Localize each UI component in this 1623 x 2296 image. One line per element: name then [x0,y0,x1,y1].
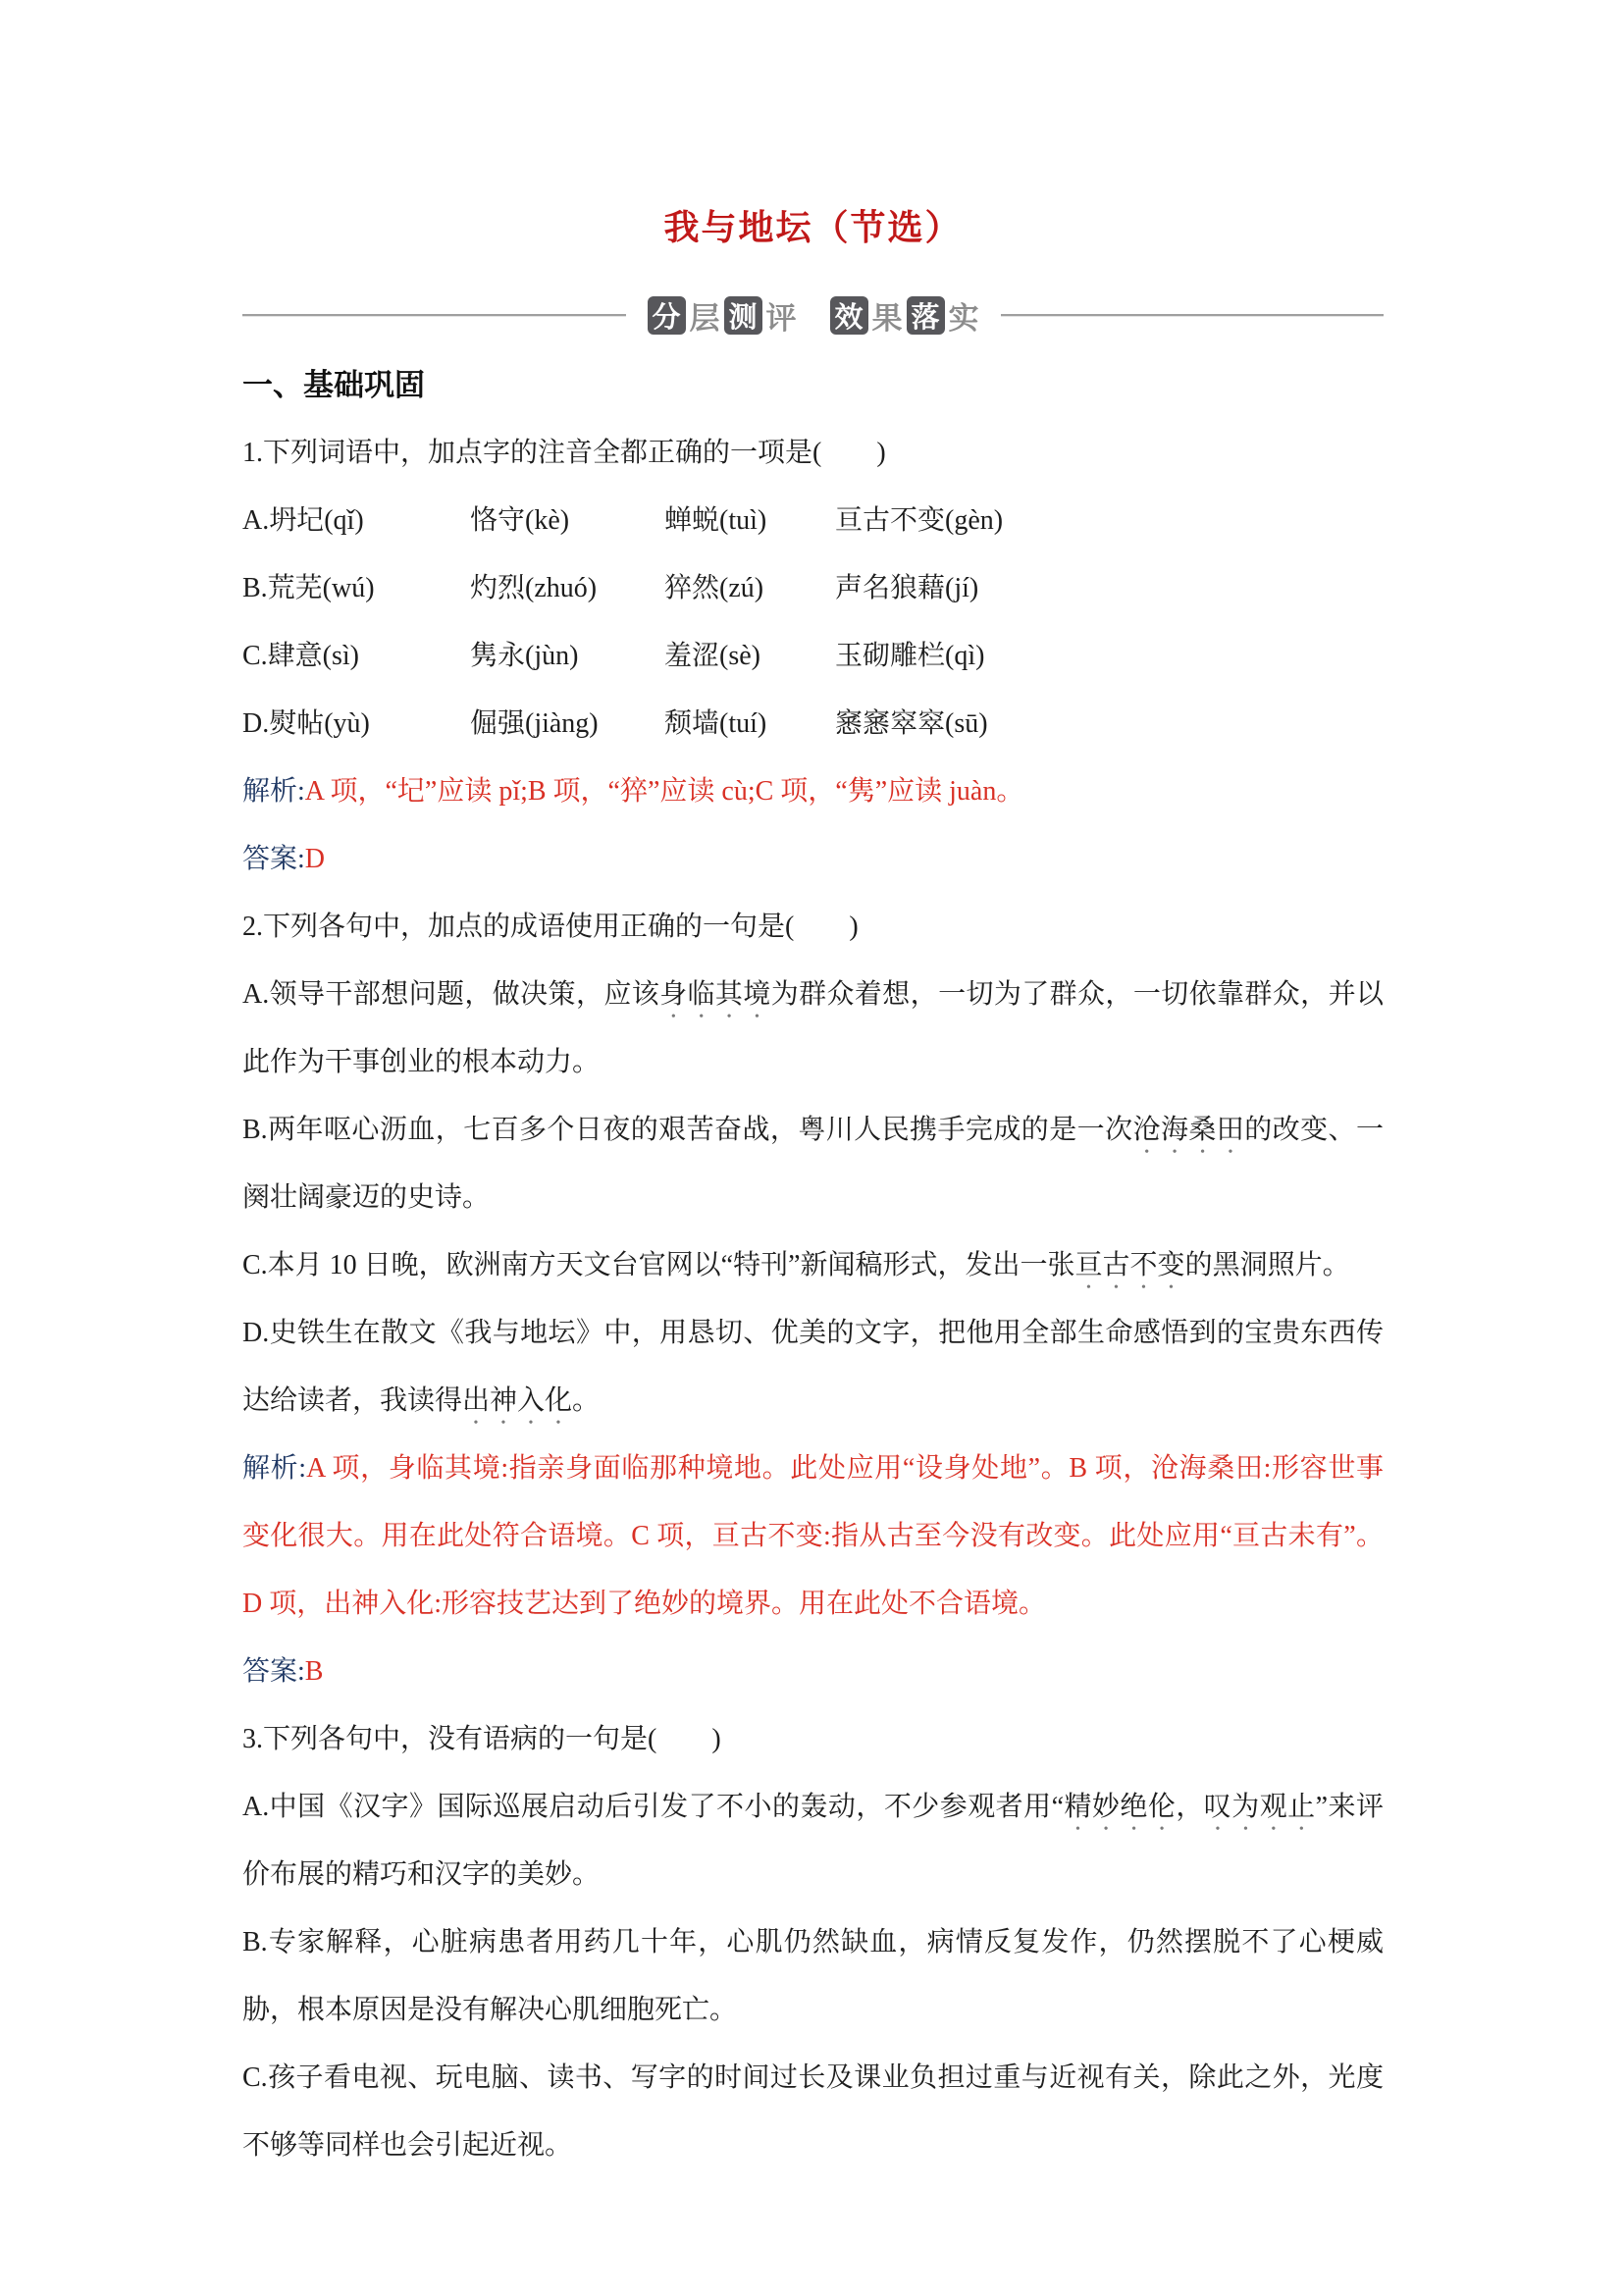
option-text: 。 [572,1385,600,1416]
option-item: C.孩子看电视、玩电脑、读书、写字的时间过长及课业负担过重与近视有关，除此之外，… [242,2044,1384,2179]
option-text: C.孩子看电视、玩电脑、读书、写字的时间过长及课业负担过重与近视有关，除此之外，… [242,2062,1384,2161]
option-text: A.中国《汉字》国际巡展启动后引发了不小的轰动，不少参观者用“ [242,1792,1064,1822]
option-item: B.专家解释，心脏病患者用药几十年，心肌仍然缺血，病情反复发作，仍然摆脱不了心梗… [242,1908,1384,2044]
doc-title: 我与地坛（节选） [242,206,1384,249]
band-char: 实 [949,293,979,338]
band-char: 落 [907,296,945,335]
pinyin-option-cell: 窸窸窣窣(sū) [835,690,1384,757]
answer-line: 答案:D [242,825,1384,893]
answer-value: B [305,1656,324,1687]
answer-label: 答案: [242,844,305,874]
pinyin-option-cell: B.荒芜(wú) [242,554,470,622]
section-heading: 一、基础巩固 [242,351,1384,419]
option-text: A.领导干部想问题，做决策，应该 [242,979,659,1010]
pinyin-option-cell: 猝然(zú) [664,554,835,622]
emphasized-idiom: 精妙绝伦，叹为观止 [1064,1792,1316,1822]
pinyin-option-row: A.坍圮(qǐ) 恪守(kè) 蝉蜕(tuì) 亘古不变(gèn) [242,487,1384,554]
analysis-label: 解析: [242,1453,306,1484]
pinyin-option-row: C.肆意(sì) 隽永(jùn) 羞涩(sè) 玉砌雕栏(qì) [242,622,1384,690]
option-item: A.领导干部想问题，做决策，应该身临其境为群众着想，一切为了群众，一切依靠群众，… [242,961,1384,1096]
option-text: D.史铁生在散文《我与地坛》中，用恳切、优美的文字，把他用全部生命感悟到的宝贵东… [242,1318,1384,1416]
pinyin-option-cell: 隽永(jùn) [470,622,664,690]
pinyin-option-cell: A.坍圮(qǐ) [242,487,470,554]
band-char: 果 [872,293,903,338]
pinyin-option-cell: C.肆意(sì) [242,622,470,690]
analysis-text: A 项，身临其境:指亲身面临那种境地。此处应用“设身处地”。B 项，沧海桑田:形… [242,1453,1384,1619]
pinyin-option-cell: 亘古不变(gèn) [835,487,1384,554]
band-char: 层 [690,293,720,338]
analysis-line: 解析:A 项，身临其境:指亲身面临那种境地。此处应用“设身处地”。B 项，沧海桑… [242,1435,1384,1638]
option-item: D.史铁生在散文《我与地坛》中，用恳切、优美的文字，把他用全部生命感悟到的宝贵东… [242,1299,1384,1435]
pinyin-option-row: D.熨帖(yù) 倔强(jiàng) 颓墙(tuí) 窸窸窣窣(sū) [242,690,1384,757]
pinyin-option-cell: 倔强(jiàng) [470,690,664,757]
answer-line: 答案:B [242,1638,1384,1705]
band-char: 效 [830,296,868,335]
analysis-line: 解析:A 项，“圮”应读 pǐ;B 项，“猝”应读 cù;C 项，“隽”应读 j… [242,757,1384,825]
analysis-text: A 项，“圮”应读 pǐ;B 项，“猝”应读 cù;C 项，“隽”应读 juàn… [305,776,1024,807]
question-stem: 1.下列词语中，加点字的注音全都正确的一项是( ) [242,419,1384,487]
option-text: 的黑洞照片。 [1185,1250,1350,1280]
pinyin-option-cell: 恪守(kè) [470,487,664,554]
option-item: A.中国《汉字》国际巡展启动后引发了不小的轰动，不少参观者用“精妙绝伦，叹为观止… [242,1773,1384,1908]
emphasized-idiom: 沧海桑田 [1133,1115,1245,1145]
pinyin-option-cell: 颓墙(tuí) [664,690,835,757]
band-rule-left [242,314,626,317]
pinyin-option-cell: 灼烈(zhuó) [470,554,664,622]
question-stem: 3.下列各句中，没有语病的一句是( ) [242,1705,1384,1773]
band-char: 分 [648,296,686,335]
assessment-band: 分 层 测 评 效 果 落 实 [242,294,1384,336]
option-item: B.两年呕心沥血，七百多个日夜的艰苦奋战，粤川人民携手完成的是一次沧海桑田的改变… [242,1096,1384,1231]
pinyin-option-row: B.荒芜(wú) 灼烈(zhuó) 猝然(zú) 声名狼藉(jí) [242,554,1384,622]
emphasized-idiom: 亘古不变 [1075,1250,1185,1280]
pinyin-option-cell: 声名狼藉(jí) [835,554,1384,622]
option-item: C.本月 10 日晚，欧洲南方天文台官网以“特刊”新闻稿形式，发出一张亘古不变的… [242,1231,1384,1299]
pinyin-option-cell: 羞涩(sè) [664,622,835,690]
analysis-label: 解析: [242,776,305,807]
emphasized-idiom: 身临其境 [659,979,771,1010]
question-stem: 2.下列各句中，加点的成语使用正确的一句是( ) [242,893,1384,961]
answer-label: 答案: [242,1656,305,1687]
document-page: 我与地坛（节选） 分 层 测 评 效 果 落 实 一、基础巩固 1.下列词语中，… [0,0,1623,2296]
pinyin-option-cell: D.熨帖(yù) [242,690,470,757]
question-3: 3.下列各句中，没有语病的一句是( ) A.中国《汉字》国际巡展启动后引发了不小… [242,1705,1384,2179]
pinyin-option-cell: 玉砌雕栏(qì) [835,622,1384,690]
pinyin-option-cell: 蝉蜕(tuì) [664,487,835,554]
band-rule-right [1001,314,1385,317]
band-char: 测 [724,296,762,335]
question-2: 2.下列各句中，加点的成语使用正确的一句是( ) A.领导干部想问题，做决策，应… [242,893,1384,1705]
band-chars: 分 层 测 评 效 果 落 实 [646,293,981,338]
question-1: 1.下列词语中，加点字的注音全都正确的一项是( ) A.坍圮(qǐ) 恪守(kè… [242,419,1384,893]
option-text: B.专家解释，心脏病患者用药几十年，心肌仍然缺血，病情反复发作，仍然摆脱不了心梗… [242,1927,1384,2025]
option-text: C.本月 10 日晚，欧洲南方天文台官网以“特刊”新闻稿形式，发出一张 [242,1250,1075,1280]
option-text: B.两年呕心沥血，七百多个日夜的艰苦奋战，粤川人民携手完成的是一次 [242,1115,1133,1145]
band-char: 评 [766,293,797,338]
answer-value: D [305,844,325,874]
emphasized-idiom: 出神入化 [462,1385,572,1416]
